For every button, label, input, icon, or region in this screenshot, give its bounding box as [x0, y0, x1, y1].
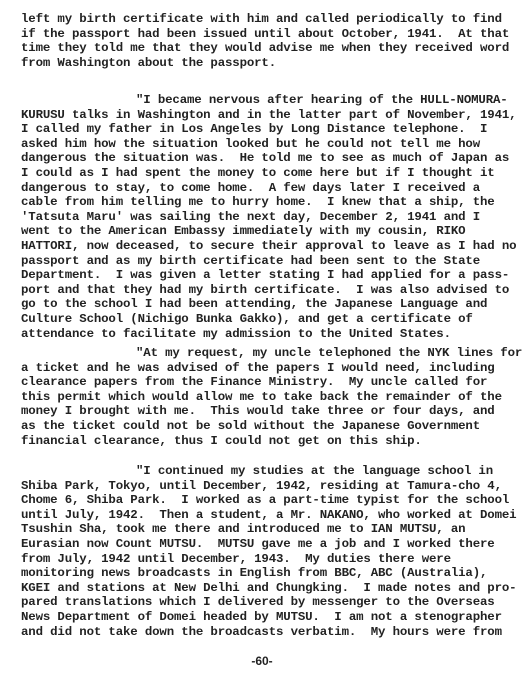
text-line: clearance papers from the Finance Minist… — [21, 375, 511, 390]
paragraph-4: "I continued my studies at the language … — [21, 464, 511, 639]
text-line: asked him how the situation looked but h… — [21, 137, 511, 152]
text-line: this permit which would allow me to take… — [21, 390, 511, 405]
text-line: cable from him telling me to hurry home.… — [21, 195, 511, 210]
text-line: a ticket and he was advised of the paper… — [21, 361, 511, 376]
text-line: dangerous to stay, to come home. A few d… — [21, 181, 511, 196]
text-line: Tsushin Sha, took me there and introduce… — [21, 522, 511, 537]
text-line: "I continued my studies at the language … — [21, 464, 511, 479]
text-line: Department. I was given a letter stating… — [21, 268, 511, 283]
text-line: "I became nervous after hearing of the H… — [21, 93, 511, 108]
paragraph-2: "I became nervous after hearing of the H… — [21, 93, 511, 341]
text-line: Culture School (Nichigo Bunka Gakko), an… — [21, 312, 511, 327]
text-line: and did not take down the broadcasts ver… — [21, 625, 511, 640]
text-line: if the passport had been issued until ab… — [21, 27, 511, 42]
text-line: go to the school I had been attending, t… — [21, 297, 511, 312]
text-line: passport and as my birth certificate had… — [21, 254, 511, 269]
text-line: until July, 1942. Then a student, a Mr. … — [21, 508, 511, 523]
text-line: financial clearance, thus I could not ge… — [21, 434, 511, 449]
text-line: from Washington about the passport. — [21, 56, 511, 71]
paragraph-1: left my birth certificate with him and c… — [21, 12, 511, 70]
text-line: money I brought with me. This would take… — [21, 404, 511, 419]
page-number: -60- — [0, 654, 524, 668]
text-line: 'Tatsuta Maru' was sailing the next day,… — [21, 210, 511, 225]
text-line: from July, 1942 until December, 1943. My… — [21, 552, 511, 567]
text-line: News Department of Domei headed by MUTSU… — [21, 610, 511, 625]
text-line: attendance to facilitate my admission to… — [21, 327, 511, 342]
text-line: dangerous the situation was. He told me … — [21, 151, 511, 166]
paragraph-3: "At my request, my uncle telephoned the … — [21, 346, 511, 448]
text-line: I called my father in Los Angeles by Lon… — [21, 122, 511, 137]
text-line: pared translations which I delivered by … — [21, 595, 511, 610]
text-line: monitoring news broadcasts in English fr… — [21, 566, 511, 581]
text-line: left my birth certificate with him and c… — [21, 12, 511, 27]
text-line: Chome 6, Shiba Park. I worked as a part-… — [21, 493, 511, 508]
text-line: HATTORI, now deceased, to secure their a… — [21, 239, 511, 254]
text-line: time they told me that they would advise… — [21, 41, 511, 56]
document-page: left my birth certificate with him and c… — [0, 0, 524, 683]
text-line: KGEI and stations at New Delhi and Chung… — [21, 581, 511, 596]
text-line: Shiba Park, Tokyo, until December, 1942,… — [21, 479, 511, 494]
text-line: port and that they had my birth certific… — [21, 283, 511, 298]
text-line: went to the American Embassy immediately… — [21, 224, 511, 239]
text-line: as the ticket could not be sold without … — [21, 419, 511, 434]
text-line: KURUSU talks in Washington and in the la… — [21, 108, 511, 123]
text-line: "At my request, my uncle telephoned the … — [21, 346, 511, 361]
text-line: I could as I had spent the money to come… — [21, 166, 511, 181]
text-line: Eurasian now Count MUTSU. MUTSU gave me … — [21, 537, 511, 552]
